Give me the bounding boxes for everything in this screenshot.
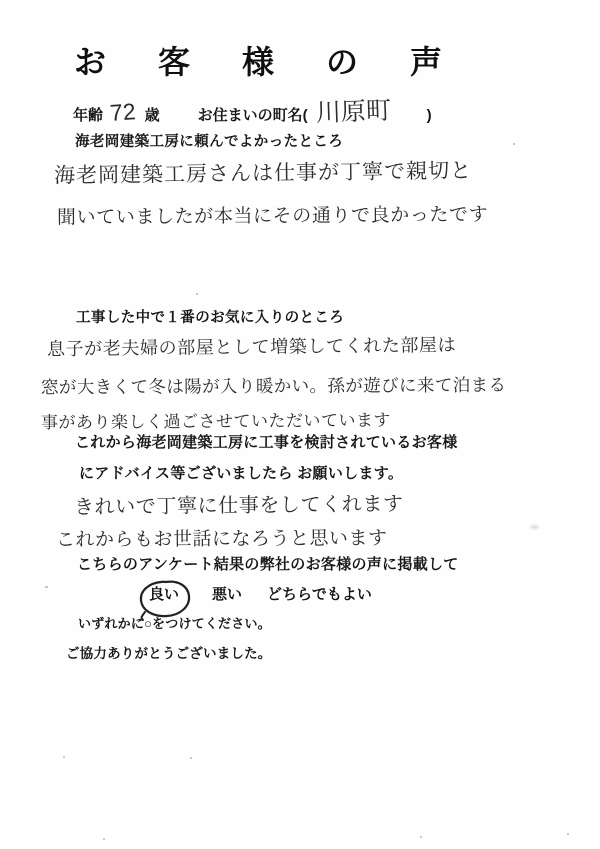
- scan-speckle: [196, 293, 198, 295]
- age-label: 年齢: [73, 108, 103, 123]
- answer3-handwritten-line2: これからもお世話になろうと思います: [56, 529, 388, 550]
- profile-row: 年齢 72 歳 お住まいの町名( 川原町 ): [73, 100, 432, 125]
- scan-speckle: [45, 586, 48, 588]
- question1-heading: 海老岡建築工房に頼んでよかったところ: [75, 135, 343, 150]
- answer1-handwritten-line1: 海老岡建築工房さんは仕事が丁寧で親切と: [54, 160, 472, 186]
- scan-speckle: [567, 833, 569, 835]
- scan-speckle: [420, 836, 422, 838]
- answer1-handwritten-line2: 聞いていましたが本当にその通りで良かったです: [57, 205, 488, 227]
- scan-speckle: [63, 756, 65, 758]
- option-bad: 悪い: [212, 587, 242, 602]
- question3-heading-line1: これから海老岡建築工房に工事を検討されているお客様: [75, 435, 458, 450]
- question4-heading: こちらのアンケート結果の弊社のお客様の声に掲載して: [77, 557, 459, 572]
- option-either: どちらでもよい: [267, 587, 372, 602]
- thanks-message: ご協力ありがとうございました。: [66, 647, 272, 661]
- answer2-handwritten-line1: 息子が老夫婦の部屋として増築してくれた部屋は: [47, 336, 456, 358]
- option-good: 良い: [149, 587, 179, 602]
- page-title: お客様の声: [74, 46, 494, 78]
- town-value-handwritten: 川原町: [315, 99, 391, 127]
- town-label: お住まいの町名(: [198, 108, 308, 123]
- circle-instruction: いずれかに○をつけてください。: [78, 617, 271, 630]
- age-value-handwritten: 72: [109, 100, 136, 125]
- answer3-handwritten-line1: きれいで丁寧に仕事をしてくれます: [74, 494, 404, 517]
- scan-speckle: [513, 143, 515, 145]
- scan-speckle: [103, 838, 105, 840]
- question2-heading: 工事した中で１番のお気に入りのところ: [76, 311, 344, 326]
- age-unit-label: 歳: [145, 108, 160, 123]
- scan-smudge: [530, 525, 539, 529]
- questionnaire-page: お客様の声 年齢 72 歳 お住まいの町名( 川原町 ) 海老岡建築工房に頼んで…: [0, 0, 600, 849]
- scan-speckle: [190, 757, 192, 759]
- answer2-handwritten-line3: 事があり楽しく過ごさせていただいています: [41, 412, 391, 431]
- question3-heading-line2: にアドバイス等ございましたら お願いします。: [79, 466, 403, 481]
- town-close-paren: ): [427, 108, 432, 123]
- answer2-handwritten-line2: 窓が大きくて冬は陽が入り暖かい。孫が遊びに来て泊まる: [41, 377, 506, 397]
